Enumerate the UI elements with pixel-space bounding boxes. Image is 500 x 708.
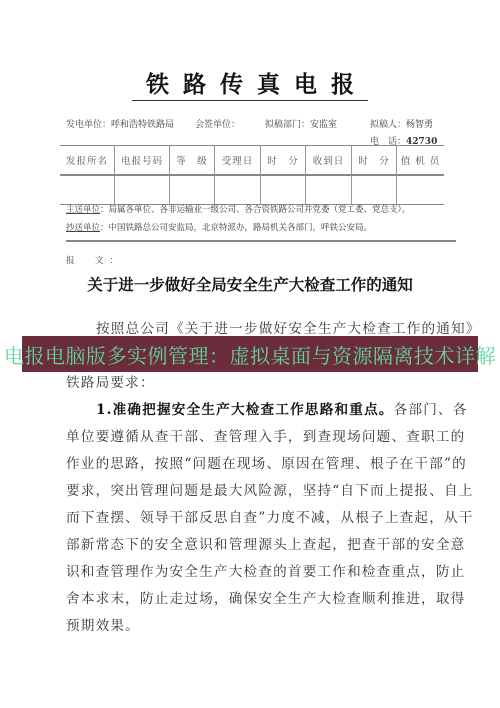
body-line: 作业的思路，按照“问题在现场、原因在管理、根子在干部”的 (66, 451, 456, 478)
body-line: 而下查摆、领导干部反思自查”力度不减，从根子上查起，从干 (66, 505, 456, 532)
overlay-banner: 电报电脑版多实例管理：虚拟桌面与资源隔离技术详解 (22, 336, 478, 372)
body-line: 要求，突出管理问题是最大风险源，坚持“自下而上提报、自上 (66, 478, 456, 505)
col-header: 发报所名 (60, 146, 115, 176)
col-header: 时 分 (261, 146, 306, 176)
body-label: 报 文： (66, 254, 124, 266)
table-cell (60, 175, 115, 205)
section-divider (66, 240, 456, 242)
table-cell (115, 175, 170, 205)
body-line: 舍本求末，防止走过场，确保安全生产大检查顺利推进，取得 (66, 586, 456, 613)
col-header: 时 分 (352, 146, 397, 176)
body-line: 单位要遵循从查干部、查管理入手，到查现场问题、查职工的 (66, 424, 456, 451)
body-line: 识和查管理作为安全生产大检查的首要工作和检查重点，防止 (66, 559, 456, 586)
drafter: 拟稿人：杨智勇 (370, 117, 433, 130)
table-header-row: 发报所名 电报号码 等 级 受理日 时 分 收到日 时 分 值 机 员 (60, 146, 444, 176)
countersign-unit: 会签单位： (195, 117, 240, 130)
col-header: 等 级 (170, 146, 215, 176)
document-title: 铁路传真电报 (0, 66, 500, 99)
cc-recipients: 抄送单位：中国铁路总公司安监局，北京特派办，路局机关各部门，呼铁公安局。 (66, 221, 372, 233)
draft-department: 拟稿部门：安监室 (265, 117, 337, 130)
item1-heading: 1.准确把握安全生产大检查工作思路和重点。 (96, 402, 394, 418)
table-cell (397, 175, 445, 205)
col-header: 值 机 员 (397, 146, 445, 176)
banner-title: 电报电脑版多实例管理：虚拟桌面与资源隔离技术详解 (4, 340, 496, 369)
table-cell (261, 175, 306, 205)
sender-unit: 发电单位：呼和浩特铁路局 (66, 117, 174, 130)
item1-first-line: 1.准确把握安全生产大检查工作思路和重点。各部门、各 (66, 397, 456, 424)
table-cell (306, 175, 352, 205)
table-cell (215, 175, 261, 205)
telegram-table: 发报所名 电报号码 等 级 受理日 时 分 收到日 时 分 值 机 员 (60, 145, 444, 205)
table-cell (352, 175, 397, 205)
table-cell (170, 175, 215, 205)
col-header: 收到日 (306, 146, 352, 176)
col-header: 电报号码 (115, 146, 170, 176)
col-header: 受理日 (215, 146, 261, 176)
main-recipients: 主送单位：局属各单位、各非运输业一级公司、各合资铁路公司并党委（党工委、党总支）… (66, 203, 410, 215)
body-line: 铁路局要求： (66, 370, 456, 397)
notice-headline: 关于进一步做好全局安全生产大检查工作的通知 (0, 273, 500, 295)
table-row (60, 175, 444, 205)
body-line: 预期效果。 (66, 613, 456, 640)
body-line: 部新常态下的安全意识和管理源头上查起，把查干部的安全意 (66, 532, 456, 559)
